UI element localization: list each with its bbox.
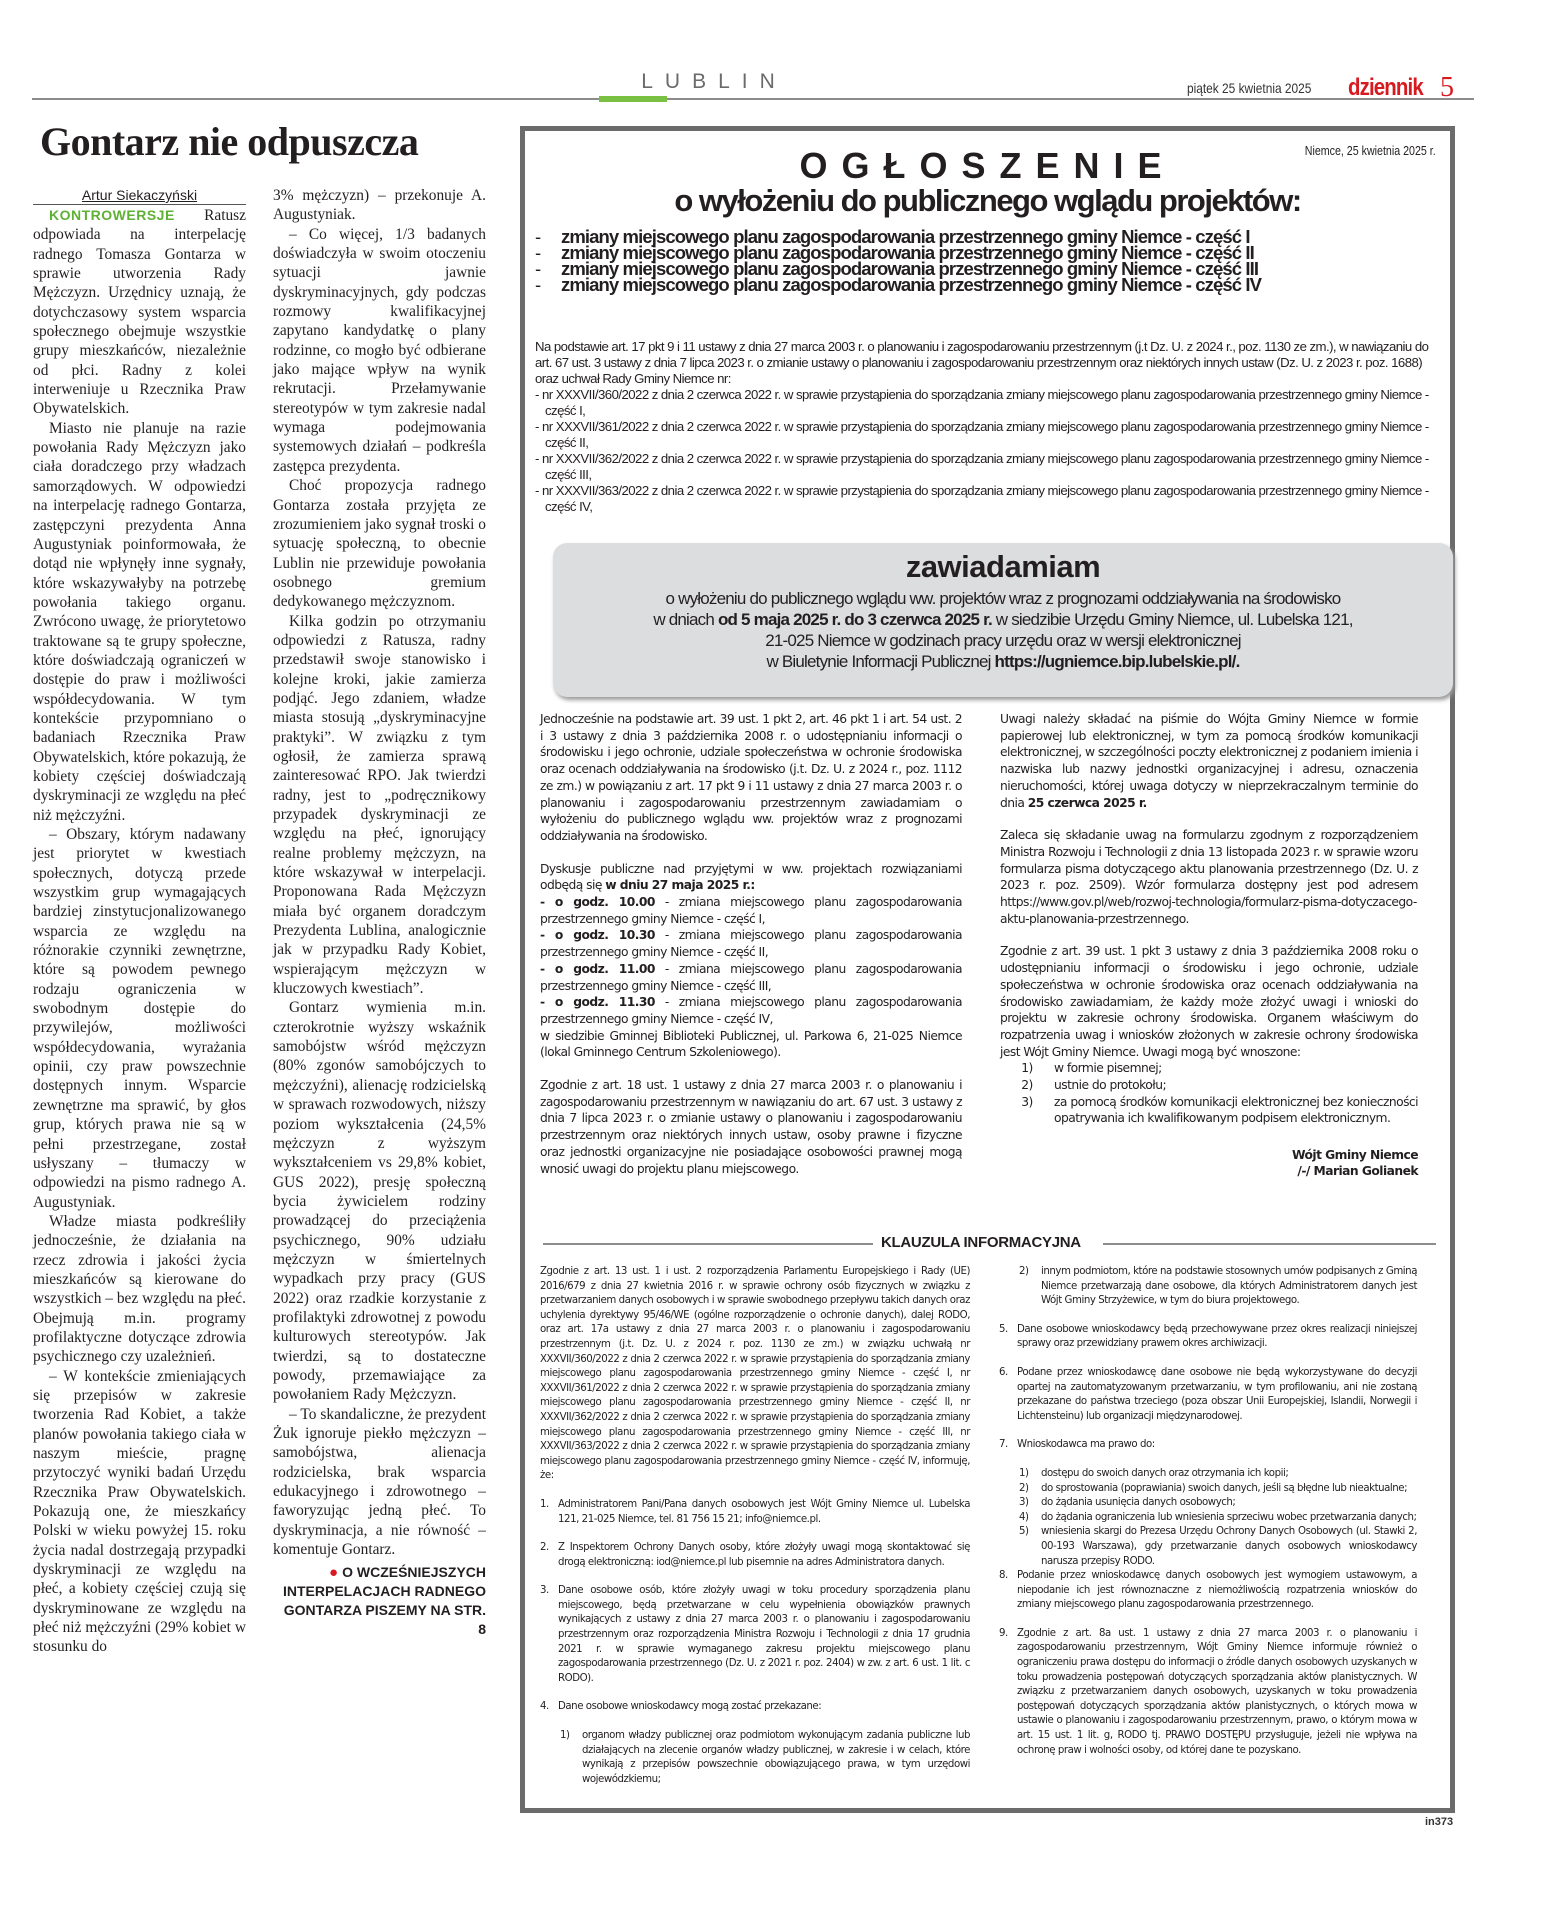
divider [543, 1243, 873, 1245]
list-item: 2)ustnie do protokołu; [1000, 1077, 1418, 1094]
article-paragraph: Choć propozycja radnego Gontarza została… [273, 476, 486, 611]
resolution-item: - nr XXXVII/363/2022 z dnia 2 czerwca 20… [535, 483, 1435, 515]
clause-subitem: 4)do żądania ograniczenia lub wniesienia… [1019, 1511, 1417, 1526]
byline: Artur Siekaczyński [33, 186, 246, 205]
article-column-1: Artur Siekaczyński KONTROWERSJE Ratusz o… [33, 186, 246, 1657]
resolution-item: - nr XXXVII/361/2022 z dnia 2 czerwca 20… [535, 419, 1435, 451]
clause-item: 8.Podanie przez wnioskodawcę danych osob… [999, 1569, 1417, 1613]
article-paragraph: Miasto nie planuje na razie powołania Ra… [33, 419, 246, 825]
section-title: LUBLIN [598, 70, 818, 94]
clause-left-column: Zgodnie z art. 13 ust. 1 i ust. 2 rozpor… [540, 1265, 970, 1801]
newspaper-logo: dziennik [1348, 74, 1423, 102]
article-paragraph: Kilka godzin po otrzymaniu odpowiedzi z … [273, 612, 486, 999]
signature: Wójt Gminy Niemce /-/ Marian Golianek [1000, 1147, 1418, 1179]
submission-modes-list: 1)w formie pisemnej; 2)ustnie do protoko… [1000, 1060, 1418, 1127]
article-paragraph: – To skandaliczne, że prezydent Żuk igno… [273, 1405, 486, 1560]
divider [1103, 1243, 1436, 1245]
article-headline: Gontarz nie odpuszcza [40, 118, 418, 165]
notice-subtitle: o wyłożeniu do publicznego wglądu projek… [525, 183, 1450, 219]
clause-item: 6.Podane przez wnioskodawcę dane osobowe… [999, 1366, 1417, 1424]
issue-date: piątek 25 kwietnia 2025 [1187, 80, 1311, 96]
list-item: 3)za pomocą środków komunikacji elektron… [1000, 1094, 1418, 1127]
notice-left-column: Jednocześnie na podstawie art. 39 ust. 1… [540, 711, 962, 1193]
section-accent-bar [599, 96, 667, 102]
public-discussion: Dyskusje publiczne nad przyjętymi w ww. … [540, 861, 962, 1061]
clause-subitem: 5)wniesienia skargi do Prezesa Urzędu Oc… [1019, 1525, 1417, 1569]
article-lead: KONTROWERSJE Ratusz odpowiada na interpe… [33, 206, 246, 419]
article-paragraph: – Obszary, którym nadawany jest prioryte… [33, 825, 246, 1212]
article-paragraph: Władze miasta podkreśliły jednocześnie, … [33, 1212, 246, 1367]
clause-item: 1.Administratorem Pani/Pana danych osobo… [540, 1498, 970, 1527]
clause-item: 7.Wnioskodawca ma prawo do: [999, 1438, 1417, 1453]
kicker: KONTROWERSJE [49, 207, 175, 223]
clause-subitem: 2)do sprostowania (poprawiania) swoich d… [1019, 1482, 1417, 1497]
list-item: 1)w formie pisemnej; [1000, 1060, 1418, 1077]
article-paragraph: Gontarz wymienia m.in. czterokrotnie wyż… [273, 998, 486, 1404]
announcement-banner: zawiadamiam o wyłożeniu do publicznego w… [553, 543, 1453, 697]
article-paragraph: 3% mężczyzn) – przekonuje A. Augustyniak… [273, 186, 486, 225]
banner-text: o wyłożeniu do publicznego wglądu ww. pr… [553, 588, 1453, 672]
article-column-2: 3% mężczyzn) – przekonuje A. Augustyniak… [273, 186, 486, 1639]
clause-title: KLAUZULA INFORMACYJNA [881, 1234, 1081, 1251]
banner-heading: zawiadamiam [553, 549, 1453, 585]
legal-basis: Na podstawie art. 17 pkt 9 i 11 ustawy z… [535, 339, 1435, 515]
plan-part: -zmiany miejscowego planu zagospodarowan… [535, 277, 1261, 293]
bip-link[interactable]: https://ugniemce.bip.lubelskie.pl/. [995, 652, 1240, 671]
clause-header: KLAUZULA INFORMACYJNA [543, 1233, 1436, 1253]
clause-subitem: 3)do żądania usunięcia danych osobowych; [1019, 1496, 1417, 1511]
masthead-rule [32, 98, 1474, 100]
clause-subitem: 1)organom władzy publicznej oraz podmiot… [560, 1729, 970, 1787]
cross-reference-teaser: ●O WCZEŚNIEJSZYCH INTERPELACJACH RADNEGO… [273, 1563, 486, 1639]
ad-code: in373 [1425, 1816, 1453, 1828]
public-notice-box: Niemce, 25 kwietnia 2025 r. OGŁOSZENIE o… [520, 126, 1455, 1813]
resolution-item: - nr XXXVII/360/2022 z dnia 2 czerwca 20… [535, 387, 1435, 419]
resolution-item: - nr XXXVII/362/2022 z dnia 2 czerwca 20… [535, 451, 1435, 483]
notice-title: OGŁOSZENIE [525, 145, 1450, 187]
clause-right-column: 2)innym podmiotom, które na podstawie st… [999, 1265, 1417, 1772]
bullet-dot-icon: ● [329, 1564, 338, 1581]
clause-subitem: 2)innym podmiotom, które na podstawie st… [1019, 1265, 1417, 1309]
article-paragraph: – W kontekście zmieniających się przepis… [33, 1367, 246, 1657]
clause-subitem: 1)dostępu do swoich danych oraz otrzyman… [1019, 1467, 1417, 1482]
plan-parts-list: -zmiany miejscowego planu zagospodarowan… [535, 229, 1261, 293]
clause-item: 2.Z Inspektorem Ochrony Danych osoby, kt… [540, 1541, 970, 1570]
page-number: 5 [1440, 72, 1454, 104]
clause-item: 3.Dane osobowe osób, które złożyły uwagi… [540, 1584, 970, 1686]
notice-right-column: Uwagi należy składać na piśmie do Wójta … [1000, 711, 1418, 1179]
clause-item: 9.Zgodnie z art. 8a ust. 1 ustawy z dnia… [999, 1627, 1417, 1758]
clause-item: 4.Dane osobowe wnioskodawcy mogą zostać … [540, 1700, 970, 1715]
clause-item: 5.Dane osobowe wnioskodawcy będą przecho… [999, 1323, 1417, 1352]
article-paragraph: – Co więcej, 1/3 badanych doświadczyła w… [273, 225, 486, 476]
